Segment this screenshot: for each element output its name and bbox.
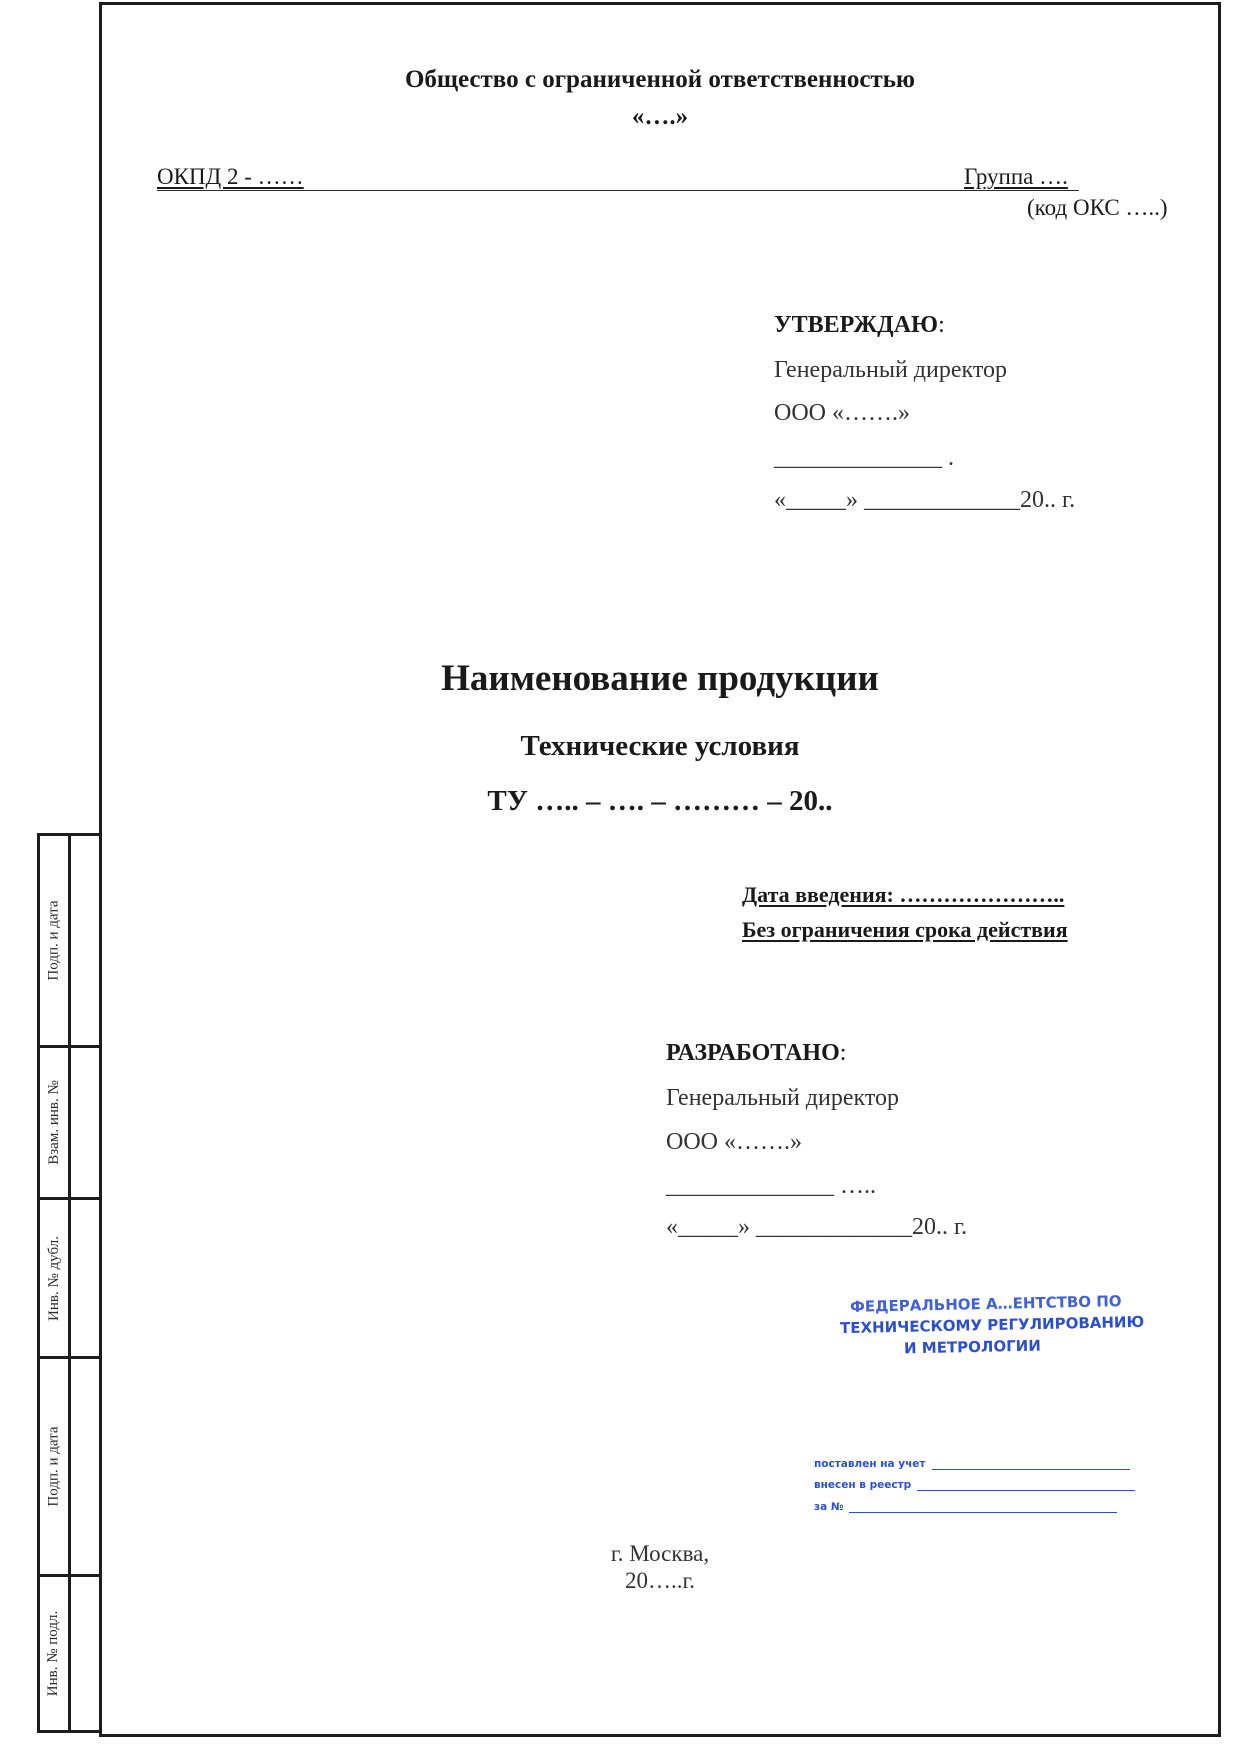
margin-cell-blank	[71, 1359, 99, 1577]
stamp-registered-label: поставлен на учет	[814, 1458, 926, 1470]
margin-cell-sign-date-1: Подп. и дата	[40, 836, 68, 1048]
margin-label: Взам. инв. №	[46, 1080, 63, 1165]
group-code: Группа ….	[964, 164, 1068, 190]
margin-label: Подп. и дата	[46, 1426, 63, 1506]
stamp-registry-row: внесен в реестр	[814, 1479, 1135, 1491]
page-frame	[99, 2, 1221, 1737]
approval-role: Генеральный директор	[774, 357, 1007, 384]
approval-org: ООО «…….»	[774, 400, 910, 427]
margin-label: Инв. № подл.	[46, 1611, 63, 1696]
margin-cell-blank	[71, 1048, 99, 1200]
year: 20…..г.	[0, 1568, 1240, 1594]
developed-title: РАЗРАБОТАНО:	[666, 1040, 846, 1067]
developed-signature-line: ______________ …..	[666, 1173, 876, 1200]
approval-title-text: УТВЕРЖДАЮ	[774, 312, 938, 338]
margin-strip: Подп. и дата Взам. инв. № Инв. № дубл. П…	[37, 833, 99, 1733]
margin-label: Инв. № дубл.	[46, 1236, 63, 1321]
developed-date-line: «_____» _____________20.. г.	[666, 1214, 967, 1241]
stamp-registry-label: внесен в реестр	[814, 1479, 911, 1491]
approval-title: УТВЕРЖДАЮ:	[774, 312, 945, 339]
stamp-number-label: за №	[814, 1501, 843, 1513]
stamp-registry-line	[917, 1490, 1135, 1491]
margin-cell-blank	[71, 836, 99, 1048]
spec-type: Технические условия	[0, 730, 1240, 763]
organization-name: Общество с ограниченной ответственностью	[0, 66, 1240, 94]
developed-role: Генеральный директор	[666, 1085, 899, 1112]
product-name: Наименование продукции	[0, 657, 1240, 700]
organization-quote: «….»	[0, 103, 1240, 131]
okpd-code: ОКПД 2 - ……	[157, 164, 304, 190]
margin-cell-sign-date-2: Подп. и дата	[40, 1359, 68, 1577]
approval-signature-line: ______________ .	[774, 445, 954, 472]
stamp-registered-row: поставлен на учет	[814, 1458, 1130, 1470]
okpd-underline	[157, 190, 1079, 191]
margin-cell-dup-inv: Инв. № дубл.	[40, 1200, 68, 1359]
margin-label: Подп. и дата	[46, 900, 63, 980]
margin-cell-orig-inv: Инв. № подл.	[40, 1577, 68, 1730]
margin-cell-replace-inv: Взам. инв. №	[40, 1048, 68, 1200]
developed-title-text: РАЗРАБОТАНО	[666, 1040, 840, 1066]
approval-date-line: «_____» _____________20.. г.	[774, 487, 1075, 514]
city: г. Москва,	[0, 1541, 1240, 1567]
stamp-number-row: за №	[814, 1501, 1117, 1513]
stamp-line-3: И МЕТРОЛОГИИ	[904, 1337, 1041, 1358]
oks-code: (код ОКС …..)	[1027, 195, 1168, 221]
stamp-number-line	[849, 1512, 1117, 1513]
developed-org: ООО «…….»	[666, 1129, 802, 1156]
introduction-date: Дата введения: …………………..	[742, 882, 1064, 908]
stamp-registered-line	[932, 1469, 1130, 1470]
validity-period: Без ограничения срока действия	[742, 917, 1068, 943]
tu-code: ТУ ….. – …. – ……… – 20..	[0, 785, 1240, 818]
margin-cell-blank	[71, 1200, 99, 1359]
